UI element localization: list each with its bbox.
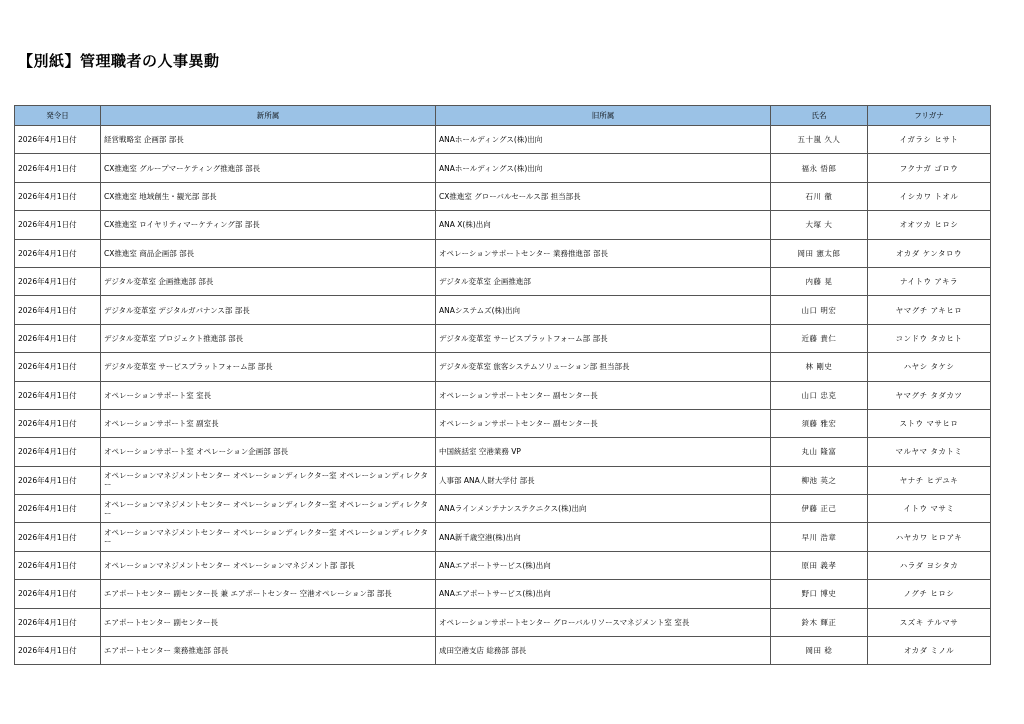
cell-date: 2026年4月1日付 — [15, 239, 101, 267]
cell-new-dept: エアポートセンター 副センター長 — [101, 608, 436, 636]
cell-old-dept: ANA X(株)出向 — [436, 211, 771, 239]
cell-date: 2026年4月1日付 — [15, 154, 101, 182]
table-row: 2026年4月1日付オペレーションマネジメントセンター オペレーションディレクタ… — [15, 523, 991, 551]
page-title: 【別紙】管理職者の人事異動 — [18, 50, 220, 71]
cell-kana: ヤマグチ アキヒロ — [868, 296, 991, 324]
cell-old-dept: オペレーションサポートセンター グローバルリソースマネジメント室 室長 — [436, 608, 771, 636]
cell-old-dept: 人事部 ANA人財大学付 部長 — [436, 466, 771, 494]
cell-date: 2026年4月1日付 — [15, 126, 101, 154]
cell-old-dept: ANAホールディングス(株)出向 — [436, 154, 771, 182]
cell-old-dept: ANAホールディングス(株)出向 — [436, 126, 771, 154]
table-row: 2026年4月1日付デジタル変革室 企画推進部 部長デジタル変革室 企画推進部内… — [15, 267, 991, 295]
cell-name: 伊藤 正己 — [771, 495, 868, 523]
cell-kana: コンドウ タカヒト — [868, 324, 991, 352]
header-kana: フリガナ — [868, 106, 991, 126]
cell-kana: イトウ マサミ — [868, 495, 991, 523]
table-row: 2026年4月1日付エアポートセンター 副センター長 兼 エアポートセンター 空… — [15, 580, 991, 608]
cell-date: 2026年4月1日付 — [15, 608, 101, 636]
header-old-dept: 旧所属 — [436, 106, 771, 126]
cell-kana: ヤナチ ヒデユキ — [868, 466, 991, 494]
cell-old-dept: 成田空港支店 総務部 部長 — [436, 637, 771, 665]
cell-date: 2026年4月1日付 — [15, 182, 101, 210]
header-date: 発令日 — [15, 106, 101, 126]
cell-name: 丸山 隆富 — [771, 438, 868, 466]
cell-kana: ナイトウ アキラ — [868, 267, 991, 295]
cell-name: 大塚 大 — [771, 211, 868, 239]
cell-old-dept: ANAエアポートサービス(株)出向 — [436, 580, 771, 608]
cell-kana: フクナガ ゴロウ — [868, 154, 991, 182]
cell-new-dept: デジタル変革室 デジタルガバナンス部 部長 — [101, 296, 436, 324]
cell-name: 柳池 英之 — [771, 466, 868, 494]
cell-new-dept: オペレーションサポート室 室長 — [101, 381, 436, 409]
table-header-row: 発令日 新所属 旧所属 氏名 フリガナ — [15, 106, 991, 126]
cell-old-dept: デジタル変革室 旅客システムソリューション部 担当部長 — [436, 353, 771, 381]
cell-date: 2026年4月1日付 — [15, 296, 101, 324]
cell-kana: イガラシ ヒサト — [868, 126, 991, 154]
cell-date: 2026年4月1日付 — [15, 267, 101, 295]
cell-name: 近藤 貴仁 — [771, 324, 868, 352]
table-row: 2026年4月1日付デジタル変革室 サービスプラットフォーム部 部長デジタル変革… — [15, 353, 991, 381]
cell-name: 岡田 憲太郎 — [771, 239, 868, 267]
cell-kana: ハヤカワ ヒロアキ — [868, 523, 991, 551]
table-row: 2026年4月1日付オペレーションサポート室 オペレーション企画部 部長中国統括… — [15, 438, 991, 466]
cell-date: 2026年4月1日付 — [15, 637, 101, 665]
cell-date: 2026年4月1日付 — [15, 495, 101, 523]
cell-new-dept: エアポートセンター 業務推進部 部長 — [101, 637, 436, 665]
table-row: 2026年4月1日付デジタル変革室 デジタルガバナンス部 部長ANAシステムズ(… — [15, 296, 991, 324]
cell-old-dept: オペレーションサポートセンター 業務推進部 部長 — [436, 239, 771, 267]
cell-kana: ストウ マサヒロ — [868, 409, 991, 437]
cell-old-dept: ANAエアポートサービス(株)出向 — [436, 551, 771, 579]
table-row: 2026年4月1日付エアポートセンター 副センター長オペレーションサポートセンタ… — [15, 608, 991, 636]
cell-name: 石川 徹 — [771, 182, 868, 210]
table-row: 2026年4月1日付オペレーションマネジメントセンター オペレーションディレクタ… — [15, 466, 991, 494]
table-row: 2026年4月1日付オペレーションサポート室 室長オペレーションサポートセンター… — [15, 381, 991, 409]
cell-new-dept: デジタル変革室 企画推進部 部長 — [101, 267, 436, 295]
cell-date: 2026年4月1日付 — [15, 466, 101, 494]
cell-new-dept: 経営戦略室 企画部 部長 — [101, 126, 436, 154]
cell-name: 山口 忠克 — [771, 381, 868, 409]
cell-old-dept: デジタル変革室 企画推進部 — [436, 267, 771, 295]
cell-new-dept: CX推進室 地域創生・観光部 部長 — [101, 182, 436, 210]
cell-new-dept: デジタル変革室 サービスプラットフォーム部 部長 — [101, 353, 436, 381]
cell-old-dept: ANAシステムズ(株)出向 — [436, 296, 771, 324]
cell-date: 2026年4月1日付 — [15, 409, 101, 437]
cell-old-dept: CX推進室 グローバルセールス部 担当部長 — [436, 182, 771, 210]
cell-old-dept: オペレーションサポートセンター 副センター長 — [436, 381, 771, 409]
table-row: 2026年4月1日付オペレーションサポート室 副室長オペレーションサポートセンタ… — [15, 409, 991, 437]
cell-date: 2026年4月1日付 — [15, 438, 101, 466]
table-row: 2026年4月1日付CX推進室 グループマーケティング推進部 部長ANAホールデ… — [15, 154, 991, 182]
table-row: 2026年4月1日付エアポートセンター 業務推進部 部長成田空港支店 総務部 部… — [15, 637, 991, 665]
header-new-dept: 新所属 — [101, 106, 436, 126]
cell-name: 林 剛史 — [771, 353, 868, 381]
cell-kana: ノグチ ヒロシ — [868, 580, 991, 608]
cell-kana: オカダ ミノル — [868, 637, 991, 665]
cell-new-dept: オペレーションマネジメントセンター オペレーションディレクター室 オペレーション… — [101, 523, 436, 551]
table-row: 2026年4月1日付CX推進室 地域創生・観光部 部長CX推進室 グローバルセー… — [15, 182, 991, 210]
cell-date: 2026年4月1日付 — [15, 324, 101, 352]
cell-old-dept: デジタル変革室 サービスプラットフォーム部 部長 — [436, 324, 771, 352]
cell-new-dept: オペレーションマネジメントセンター オペレーションディレクター室 オペレーション… — [101, 495, 436, 523]
cell-kana: マルヤマ タカトミ — [868, 438, 991, 466]
cell-date: 2026年4月1日付 — [15, 523, 101, 551]
cell-name: 原田 義孝 — [771, 551, 868, 579]
cell-kana: イシカワ トオル — [868, 182, 991, 210]
cell-new-dept: オペレーションマネジメントセンター オペレーションマネジメント部 部長 — [101, 551, 436, 579]
cell-date: 2026年4月1日付 — [15, 381, 101, 409]
cell-old-dept: ANAラインメンテナンステクニクス(株)出向 — [436, 495, 771, 523]
personnel-table: 発令日 新所属 旧所属 氏名 フリガナ 2026年4月1日付経営戦略室 企画部 … — [14, 105, 991, 665]
table-row: 2026年4月1日付CX推進室 商品企画部 部長オペレーションサポートセンター … — [15, 239, 991, 267]
cell-new-dept: CX推進室 商品企画部 部長 — [101, 239, 436, 267]
table-row: 2026年4月1日付オペレーションマネジメントセンター オペレーションマネジメン… — [15, 551, 991, 579]
cell-old-dept: 中国統括室 空港業務 VP — [436, 438, 771, 466]
cell-name: 五十嵐 久人 — [771, 126, 868, 154]
cell-new-dept: オペレーションサポート室 オペレーション企画部 部長 — [101, 438, 436, 466]
cell-name: 須藤 雅宏 — [771, 409, 868, 437]
cell-name: 野口 博史 — [771, 580, 868, 608]
cell-name: 内藤 晃 — [771, 267, 868, 295]
cell-name: 鈴木 輝正 — [771, 608, 868, 636]
cell-new-dept: エアポートセンター 副センター長 兼 エアポートセンター 空港オペレーション部 … — [101, 580, 436, 608]
cell-name: 山口 明宏 — [771, 296, 868, 324]
table-row: 2026年4月1日付経営戦略室 企画部 部長ANAホールディングス(株)出向五十… — [15, 126, 991, 154]
cell-date: 2026年4月1日付 — [15, 551, 101, 579]
cell-new-dept: オペレーションマネジメントセンター オペレーションディレクター室 オペレーション… — [101, 466, 436, 494]
cell-kana: ヤマグチ タダカツ — [868, 381, 991, 409]
cell-kana: スズキ テルマサ — [868, 608, 991, 636]
cell-new-dept: デジタル変革室 プロジェクト推進部 部長 — [101, 324, 436, 352]
cell-name: 福永 悟郎 — [771, 154, 868, 182]
cell-kana: ハヤシ タケシ — [868, 353, 991, 381]
cell-new-dept: オペレーションサポート室 副室長 — [101, 409, 436, 437]
cell-new-dept: CX推進室 ロイヤリティマーケティング部 部長 — [101, 211, 436, 239]
cell-date: 2026年4月1日付 — [15, 211, 101, 239]
header-name: 氏名 — [771, 106, 868, 126]
table-row: 2026年4月1日付デジタル変革室 プロジェクト推進部 部長デジタル変革室 サー… — [15, 324, 991, 352]
cell-old-dept: ANA新千歳空港(株)出向 — [436, 523, 771, 551]
cell-name: 岡田 稔 — [771, 637, 868, 665]
cell-kana: オオツカ ヒロシ — [868, 211, 991, 239]
cell-kana: ハラダ ヨシタカ — [868, 551, 991, 579]
cell-name: 早川 浩章 — [771, 523, 868, 551]
table-row: 2026年4月1日付CX推進室 ロイヤリティマーケティング部 部長ANA X(株… — [15, 211, 991, 239]
cell-new-dept: CX推進室 グループマーケティング推進部 部長 — [101, 154, 436, 182]
cell-kana: オカダ ケンタロウ — [868, 239, 991, 267]
table-row: 2026年4月1日付オペレーションマネジメントセンター オペレーションディレクタ… — [15, 495, 991, 523]
cell-old-dept: オペレーションサポートセンター 副センター長 — [436, 409, 771, 437]
cell-date: 2026年4月1日付 — [15, 580, 101, 608]
cell-date: 2026年4月1日付 — [15, 353, 101, 381]
